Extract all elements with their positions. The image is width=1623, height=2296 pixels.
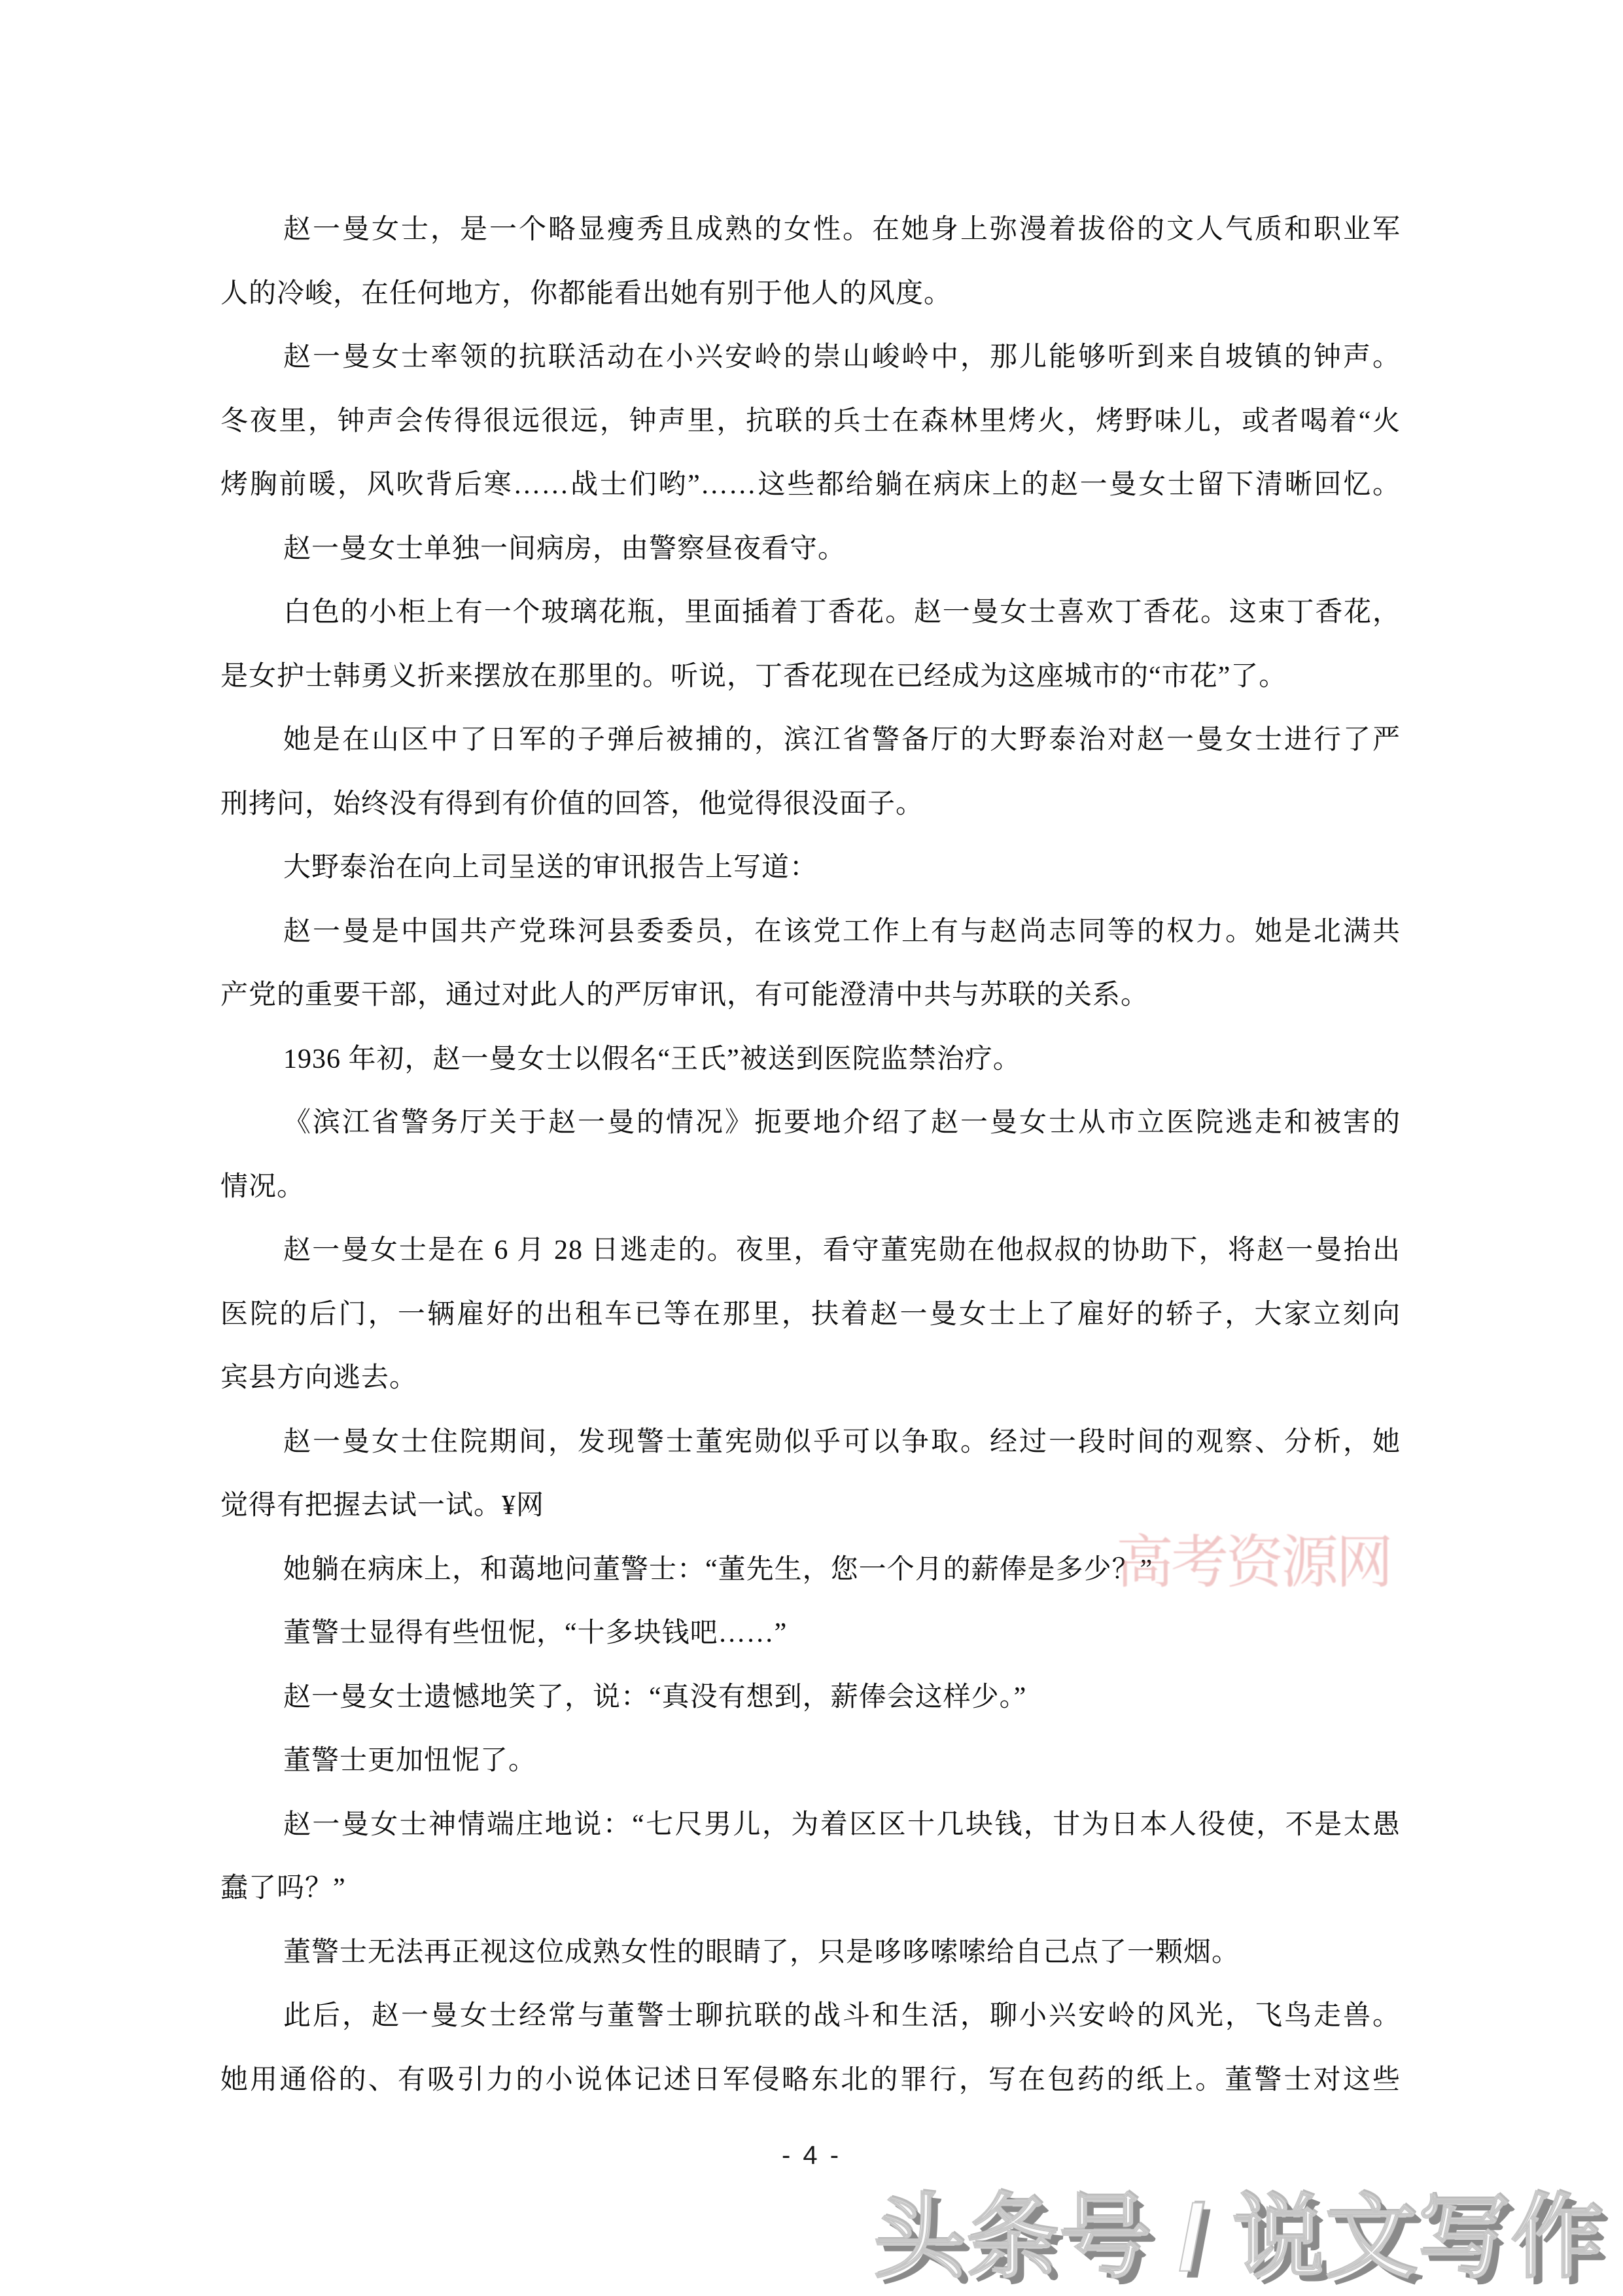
text-line: 蠢了吗？”: [220, 1857, 1401, 1921]
text-line: 大野泰治在向上司呈送的审讯报告上写道：: [220, 836, 1401, 900]
text-line: 董警士无法再正视这位成熟女性的眼睛了，只是哆哆嗦嗦给自己点了一颗烟。: [220, 1921, 1401, 1985]
text-line: 赵一曼女士遗憾地笑了，说：“真没有想到，薪俸会这样少。”: [220, 1666, 1401, 1730]
text-line: 赵一曼女士住院期间，发现警士董宪勋似乎可以争取。经过一段时间的观察、分析，她: [220, 1411, 1401, 1475]
text-line: 烤胸前暖，风吹背后寒……战士们哟”……这些都给躺在病床上的赵一曼女士留下清晰回忆…: [220, 453, 1401, 518]
text-line: 1936 年初，赵一曼女士以假名“王氏”被送到医院监禁治疗。: [220, 1028, 1401, 1092]
passage-text: 赵一曼女士，是一个略显瘦秀且成熟的女性。在她身上弥漫着拔俗的文人气质和职业军人的…: [220, 198, 1401, 2112]
text-line: 刑拷问，始终没有得到有价值的回答，他觉得很没面子。: [220, 773, 1401, 837]
text-line: 情况。: [220, 1156, 1401, 1220]
document-page: 赵一曼女士，是一个略显瘦秀且成熟的女性。在她身上弥漫着拔俗的文人气质和职业军人的…: [0, 0, 1623, 2296]
text-line: 冬夜里，钟声会传得很远很远，钟声里，抗联的兵士在森林里烤火，烤野味儿，或者喝着“…: [220, 390, 1401, 454]
text-line: 赵一曼女士率领的抗联活动在小兴安岭的崇山峻岭中，那儿能够听到来自坡镇的钟声。: [220, 326, 1401, 390]
text-line: 董警士显得有些忸怩，“十多块钱吧……”: [220, 1602, 1401, 1666]
text-line: 《滨江省警务厅关于赵一曼的情况》扼要地介绍了赵一曼女士从市立医院逃走和被害的: [220, 1091, 1401, 1156]
red-site-watermark: 高考资源网: [1116, 1517, 1417, 1599]
text-line: 此后，赵一曼女士经常与董警士聊抗联的战斗和生活，聊小兴安岭的风光，飞鸟走兽。: [220, 1985, 1401, 2049]
footer-brand-watermark: 头条号 / 说文写作: [873, 2164, 1604, 2296]
text-line: 宾县方向逃去。: [220, 1347, 1401, 1411]
text-line: 赵一曼女士单独一间病房，由警察昼夜看守。: [220, 518, 1401, 582]
text-line: 赵一曼女士是在 6 月 28 日逃走的。夜里，看守董宪勋在他叔叔的协助下，将赵一…: [220, 1219, 1401, 1283]
text-line: 赵一曼女士神情端庄地说：“七尺男儿，为着区区十几块钱，甘为日本人役使，不是太愚: [220, 1793, 1401, 1858]
text-line: 赵一曼是中国共产党珠河县委委员，在该党工作上有与赵尚志同等的权力。她是北满共: [220, 900, 1401, 964]
text-line: 人的冷峻，在任何地方，你都能看出她有别于他人的风度。: [220, 262, 1401, 327]
text-line: 她是在山区中了日军的子弹后被捕的，滨江省警备厅的大野泰治对赵一曼女士进行了严: [220, 709, 1401, 773]
text-line: 赵一曼女士，是一个略显瘦秀且成熟的女性。在她身上弥漫着拔俗的文人气质和职业军: [220, 198, 1401, 262]
text-line: 她用通俗的、有吸引力的小说体记述日军侵略东北的罪行，写在包药的纸上。董警士对这些: [220, 2049, 1401, 2113]
text-line: 产党的重要干部，通过对此人的严厉审讯，有可能澄清中共与苏联的关系。: [220, 964, 1401, 1028]
text-line: 董警士更加忸怩了。: [220, 1729, 1401, 1793]
text-line: 白色的小柜上有一个玻璃花瓶，里面插着丁香花。赵一曼女士喜欢丁香花。这束丁香花，: [220, 581, 1401, 645]
text-line: 医院的后门，一辆雇好的出租车已等在那里，扶着赵一曼女士上了雇好的轿子，大家立刻向: [220, 1283, 1401, 1347]
text-line: 是女护士韩勇义折来摆放在那里的。听说，丁香花现在已经成为这座城市的“市花”了。: [220, 645, 1401, 709]
